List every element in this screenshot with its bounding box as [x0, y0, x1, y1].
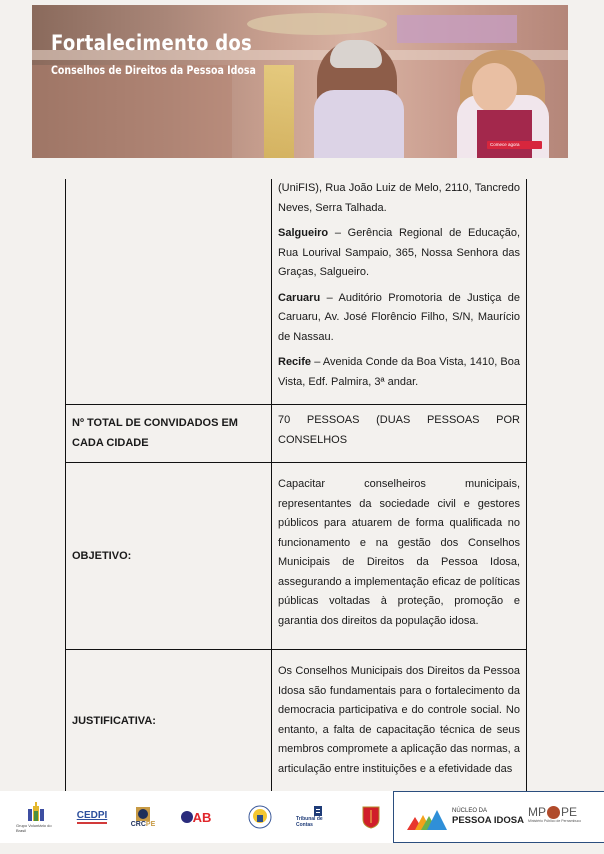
value-paragraph: Recife – Avenida Conde da Boa Vista, 141… — [278, 353, 520, 392]
crcpe-logo: CRCPE — [130, 801, 156, 833]
city-name: Recife — [278, 356, 311, 368]
sun-seal-icon — [248, 805, 272, 829]
banner-jars — [264, 65, 294, 158]
banner-subtitle: Conselhos de Direitos da Pessoa Idosa — [51, 63, 256, 77]
row-value: Os Conselhos Municipais dos Direitos da … — [272, 650, 527, 792]
row-label — [66, 179, 272, 405]
banner-title: Fortalecimento dos — [51, 31, 252, 55]
nucleo-logo: NÚCLEO DA PESSOA IDOSA — [452, 808, 524, 826]
oab-logo: AB — [176, 801, 216, 833]
table-row: OBJETIVO:Capacitar conselheiros municipa… — [66, 463, 527, 650]
banner-man-shirt — [314, 90, 404, 158]
banner-box — [397, 15, 517, 43]
crcpe-text: CRCPE — [131, 821, 156, 828]
church-icon — [25, 801, 47, 823]
row-value: 70 PESSOAS (DUAS PESSOAS POR CONSELHOS — [272, 405, 527, 463]
paragraph-text: Os Conselhos Municipais dos Direitos da … — [278, 665, 520, 775]
value-paragraph: 70 PESSOAS (DUAS PESSOAS POR CONSELHOS — [278, 411, 520, 450]
table-row: (UniFIS), Rua João Luiz de Melo, 2110, T… — [66, 179, 527, 405]
row-label: OBJETIVO: — [66, 463, 272, 650]
banner-woman-face — [472, 63, 517, 113]
nucleo-top-text: NÚCLEO DA — [452, 808, 524, 814]
row-label: Nº TOTAL DE CONVIDADOS EM CADA CIDADE — [66, 405, 272, 463]
red-shield-icon — [362, 805, 380, 829]
row-value: Capacitar conselheiros municipais, repre… — [272, 463, 527, 650]
nucleo-main-text: PESSOA IDOSA — [452, 816, 524, 826]
value-paragraph: Salgueiro – Gerência Regional de Educaçã… — [278, 224, 520, 283]
tribunal-logo: Tribunal de Contas — [296, 801, 340, 833]
cedpi-text: CEDPI — [77, 810, 108, 821]
value-paragraph: (UniFIS), Rua João Luiz de Melo, 2110, T… — [278, 179, 520, 218]
banner-cta-button[interactable]: Comece agora — [487, 141, 542, 149]
paragraph-text: 70 PESSOAS (DUAS PESSOAS POR CONSELHOS — [278, 414, 520, 446]
paragraph-text: (UniFIS), Rua João Luiz de Melo, 2110, T… — [278, 182, 520, 214]
oab-text: AB — [193, 810, 212, 825]
row-label: JUSTIFICATIVA: — [66, 650, 272, 792]
banner-bowl — [247, 13, 387, 35]
cedpi-logo: CEDPI — [74, 801, 110, 833]
seal-logo — [247, 801, 273, 833]
banner-cabinet — [32, 65, 232, 158]
cedpi-stripe — [77, 822, 107, 824]
footer-logos: Grupo Voluntário do Brasil CEDPI CRCPE A… — [0, 791, 604, 843]
shield-logo — [360, 801, 382, 833]
igreja-caption: Grupo Voluntário do Brasil — [16, 823, 56, 833]
value-paragraph: Capacitar conselheiros municipais, repre… — [278, 475, 520, 631]
city-name: Salgueiro — [278, 227, 328, 239]
header-banner: Fortalecimento dos Conselhos de Direitos… — [32, 5, 568, 158]
mppe-map-icon — [547, 806, 560, 819]
paragraph-text: Capacitar conselheiros municipais, repre… — [278, 478, 520, 627]
city-name: Caruaru — [278, 292, 320, 304]
value-paragraph: Caruaru – Auditório Promotoria de Justiç… — [278, 289, 520, 348]
banner-apron — [477, 110, 532, 158]
mppe-logo: MP PE Ministério Público de Pernambuco — [528, 805, 581, 823]
tribunal-text: Tribunal de Contas — [296, 816, 340, 828]
event-info-table: (UniFIS), Rua João Luiz de Melo, 2110, T… — [65, 179, 527, 792]
partner-logos-box: NÚCLEO DA PESSOA IDOSA MP PE Ministério … — [393, 791, 604, 843]
value-paragraph: Os Conselhos Municipais dos Direitos da … — [278, 662, 520, 779]
crc-globe-icon — [136, 807, 150, 821]
mountains-icon — [407, 808, 447, 830]
mppe-left-text: MP — [528, 805, 546, 819]
igreja-logo: Grupo Voluntário do Brasil — [16, 801, 56, 833]
building-icon — [314, 806, 322, 816]
oab-circle-icon — [181, 811, 193, 823]
paragraph-text: – Avenida Conde da Boa Vista, 1410, Boa … — [278, 356, 520, 388]
table-row: JUSTIFICATIVA:Os Conselhos Municipais do… — [66, 650, 527, 792]
mppe-right-text: PE — [561, 805, 577, 819]
row-value: (UniFIS), Rua João Luiz de Melo, 2110, T… — [272, 179, 527, 405]
mppe-caption: Ministério Público de Pernambuco — [528, 819, 581, 823]
banner-man-hair — [330, 40, 382, 68]
table-row: Nº TOTAL DE CONVIDADOS EM CADA CIDADE70 … — [66, 405, 527, 463]
